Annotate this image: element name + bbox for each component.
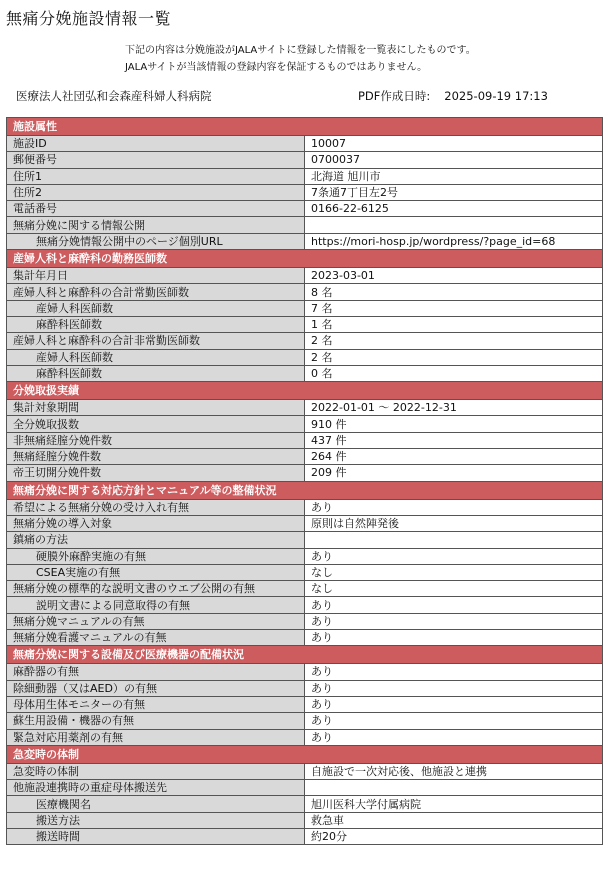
- row-label: 郵便番号: [7, 152, 305, 168]
- row-value: 209 件: [305, 465, 603, 481]
- table-row: 麻酔科医師数1 名: [7, 316, 603, 332]
- row-value: 2 名: [305, 333, 603, 349]
- row-label: 住所2: [7, 184, 305, 200]
- row-value: 10007: [305, 136, 603, 152]
- table-row: 麻酔器の有無あり: [7, 664, 603, 680]
- row-value: あり: [305, 548, 603, 564]
- section-header: 産婦人科と麻酔科の勤務医師数: [7, 250, 603, 268]
- table-row: 全分娩取扱数910 件: [7, 416, 603, 432]
- row-value: 2023-03-01: [305, 268, 603, 284]
- notice-line-1: 下記の内容は分娩施設がJALAサイトに登録した情報を一覧表にしたものです。: [125, 42, 476, 59]
- table-row: 産婦人科と麻酔科の合計非常勤医師数2 名: [7, 333, 603, 349]
- row-label: 帝王切開分娩件数: [7, 465, 305, 481]
- table-row: 緊急対応用薬剤の有無あり: [7, 729, 603, 745]
- row-label: 無痛分娩の導入対象: [7, 515, 305, 531]
- row-label: 除細動器（又はAED）の有無: [7, 680, 305, 696]
- table-row: 帝王切開分娩件数209 件: [7, 465, 603, 481]
- row-value: 7 名: [305, 300, 603, 316]
- row-value: 旭川医科大学付属病院: [305, 796, 603, 812]
- disclaimer-notice: 下記の内容は分娩施設がJALAサイトに登録した情報を一覧表にしたものです。 JA…: [125, 42, 476, 76]
- row-value: あり: [305, 680, 603, 696]
- table-row: 蘇生用設備・機器の有無あり: [7, 713, 603, 729]
- row-label: 電話番号: [7, 201, 305, 217]
- row-label: CSEA実施の有無: [7, 564, 305, 580]
- table-row: 集計年月日2023-03-01: [7, 268, 603, 284]
- row-label: 鎮痛の方法: [7, 532, 305, 548]
- table-row: 除細動器（又はAED）の有無あり: [7, 680, 603, 696]
- row-label: 産婦人科と麻酔科の合計非常勤医師数: [7, 333, 305, 349]
- row-label: 無痛分娩の標準的な説明文書のウエブ公開の有無: [7, 581, 305, 597]
- row-value: あり: [305, 713, 603, 729]
- table-row: 無痛経膣分娩件数264 件: [7, 449, 603, 465]
- section-header: 無痛分娩に関する対応方針とマニュアル等の整備状況: [7, 481, 603, 499]
- row-value: 910 件: [305, 416, 603, 432]
- row-label: 麻酔科医師数: [7, 365, 305, 381]
- table-row: 無痛分娩の標準的な説明文書のウエブ公開の有無なし: [7, 581, 603, 597]
- pdf-created: PDF作成日時:2025-09-19 17:13: [358, 88, 562, 104]
- row-value: 約20分: [305, 828, 603, 844]
- row-value: 2022-01-01 ～ 2022-12-31: [305, 400, 603, 416]
- table-row: 住所1北海道 旭川市: [7, 168, 603, 184]
- facility-name: 医療法人社団弘和会森産科婦人科病院: [16, 88, 212, 104]
- row-label: 緊急対応用薬剤の有無: [7, 729, 305, 745]
- table-row: 電話番号0166-22-6125: [7, 201, 603, 217]
- row-label: 麻酔器の有無: [7, 664, 305, 680]
- row-label: 説明文書による同意取得の有無: [7, 597, 305, 613]
- row-value: 救急車: [305, 812, 603, 828]
- section-title: 無痛分娩に関する設備及び医療機器の配備状況: [7, 646, 603, 664]
- notice-line-2: JALAサイトが当該情報の登録内容を保証するものではありません。: [125, 59, 476, 76]
- section-title: 無痛分娩に関する対応方針とマニュアル等の整備状況: [7, 481, 603, 499]
- row-label: 搬送時間: [7, 828, 305, 844]
- row-value: [305, 532, 603, 548]
- table-row: 無痛分娩の導入対象原則は自然陣発後: [7, 515, 603, 531]
- row-value: 264 件: [305, 449, 603, 465]
- facility-info-table: 施設属性施設ID10007郵便番号0700037住所1北海道 旭川市住所27条通…: [6, 117, 603, 845]
- section-title: 急変時の体制: [7, 745, 603, 763]
- table-row: 非無痛経膣分娩件数437 件: [7, 432, 603, 448]
- row-value: 7条通7丁目左2号: [305, 184, 603, 200]
- row-label: 搬送方法: [7, 812, 305, 828]
- row-value: [305, 780, 603, 796]
- row-value: 1 名: [305, 316, 603, 332]
- row-label: 麻酔科医師数: [7, 316, 305, 332]
- table-row: 鎮痛の方法: [7, 532, 603, 548]
- row-value: あり: [305, 613, 603, 629]
- table-row: 無痛分娩に関する情報公開: [7, 217, 603, 233]
- row-value: https://mori-hosp.jp/wordpress/?page_id=…: [305, 233, 603, 249]
- table-row: 施設ID10007: [7, 136, 603, 152]
- row-label: 非無痛経膣分娩件数: [7, 432, 305, 448]
- row-value: 8 名: [305, 284, 603, 300]
- row-label: 全分娩取扱数: [7, 416, 305, 432]
- row-value: あり: [305, 729, 603, 745]
- row-value: なし: [305, 581, 603, 597]
- row-value: あり: [305, 664, 603, 680]
- row-value: あり: [305, 630, 603, 646]
- table-row: 他施設連携時の重症母体搬送先: [7, 780, 603, 796]
- row-label: 無痛分娩情報公開中のページ個別URL: [7, 233, 305, 249]
- table-row: 搬送方法救急車: [7, 812, 603, 828]
- table-row: 医療機関名旭川医科大学付属病院: [7, 796, 603, 812]
- row-value: 437 件: [305, 432, 603, 448]
- section-title: 施設属性: [7, 118, 603, 136]
- row-label: 希望による無痛分娩の受け入れ有無: [7, 499, 305, 515]
- section-header: 無痛分娩に関する設備及び医療機器の配備状況: [7, 646, 603, 664]
- row-label: 急変時の体制: [7, 763, 305, 779]
- table-row: 郵便番号0700037: [7, 152, 603, 168]
- row-label: 医療機関名: [7, 796, 305, 812]
- section-title: 分娩取扱実績: [7, 382, 603, 400]
- table-row: 集計対象期間2022-01-01 ～ 2022-12-31: [7, 400, 603, 416]
- row-label: 住所1: [7, 168, 305, 184]
- row-label: 無痛分娩看護マニュアルの有無: [7, 630, 305, 646]
- table-row: 希望による無痛分娩の受け入れ有無あり: [7, 499, 603, 515]
- pdf-created-label: PDF作成日時:: [358, 89, 430, 103]
- row-label: 産婦人科医師数: [7, 300, 305, 316]
- row-value: 自施設で一次対応後、他施設と連携: [305, 763, 603, 779]
- row-label: 母体用生体モニターの有無: [7, 696, 305, 712]
- table-row: 産婦人科と麻酔科の合計常勤医師数8 名: [7, 284, 603, 300]
- table-row: CSEA実施の有無なし: [7, 564, 603, 580]
- row-value: 0 名: [305, 365, 603, 381]
- table-row: 母体用生体モニターの有無あり: [7, 696, 603, 712]
- section-header: 施設属性: [7, 118, 603, 136]
- row-label: 蘇生用設備・機器の有無: [7, 713, 305, 729]
- row-value: なし: [305, 564, 603, 580]
- row-label: 他施設連携時の重症母体搬送先: [7, 780, 305, 796]
- row-value: 2 名: [305, 349, 603, 365]
- table-row: 説明文書による同意取得の有無あり: [7, 597, 603, 613]
- section-header: 分娩取扱実績: [7, 382, 603, 400]
- row-value: あり: [305, 597, 603, 613]
- table-row: 産婦人科医師数2 名: [7, 349, 603, 365]
- row-value: 0700037: [305, 152, 603, 168]
- table-row: 無痛分娩情報公開中のページ個別URLhttps://mori-hosp.jp/w…: [7, 233, 603, 249]
- table-row: 無痛分娩マニュアルの有無あり: [7, 613, 603, 629]
- row-label: 集計対象期間: [7, 400, 305, 416]
- row-value: あり: [305, 499, 603, 515]
- pdf-created-value: 2025-09-19 17:13: [444, 89, 548, 103]
- table-row: 急変時の体制自施設で一次対応後、他施設と連携: [7, 763, 603, 779]
- row-value: 原則は自然陣発後: [305, 515, 603, 531]
- row-label: 無痛分娩に関する情報公開: [7, 217, 305, 233]
- table-row: 無痛分娩看護マニュアルの有無あり: [7, 630, 603, 646]
- table-row: 住所27条通7丁目左2号: [7, 184, 603, 200]
- row-label: 産婦人科と麻酔科の合計常勤医師数: [7, 284, 305, 300]
- row-value: 0166-22-6125: [305, 201, 603, 217]
- table-row: 硬膜外麻酔実施の有無あり: [7, 548, 603, 564]
- row-label: 硬膜外麻酔実施の有無: [7, 548, 305, 564]
- row-value: [305, 217, 603, 233]
- section-title: 産婦人科と麻酔科の勤務医師数: [7, 250, 603, 268]
- row-label: 産婦人科医師数: [7, 349, 305, 365]
- table-row: 搬送時間約20分: [7, 828, 603, 844]
- row-value: 北海道 旭川市: [305, 168, 603, 184]
- table-row: 産婦人科医師数7 名: [7, 300, 603, 316]
- row-label: 無痛分娩マニュアルの有無: [7, 613, 305, 629]
- table-row: 麻酔科医師数0 名: [7, 365, 603, 381]
- section-header: 急変時の体制: [7, 745, 603, 763]
- row-label: 無痛経膣分娩件数: [7, 449, 305, 465]
- row-label: 施設ID: [7, 136, 305, 152]
- row-label: 集計年月日: [7, 268, 305, 284]
- page-title: 無痛分娩施設情報一覧: [6, 6, 171, 29]
- row-value: あり: [305, 696, 603, 712]
